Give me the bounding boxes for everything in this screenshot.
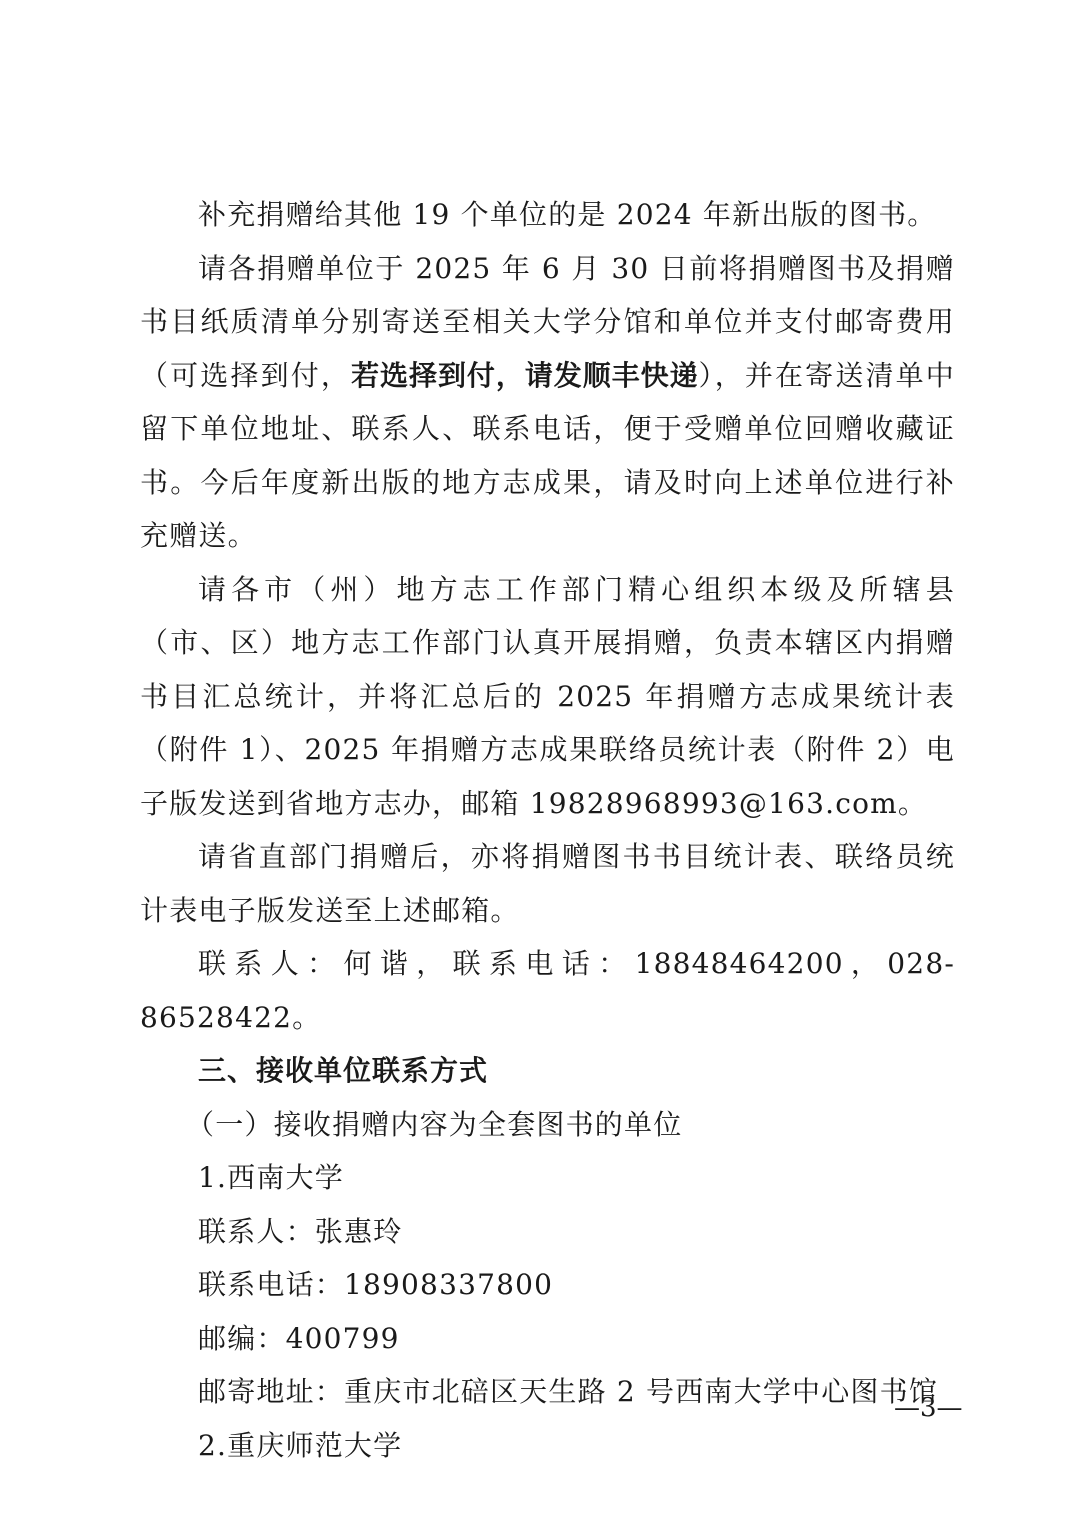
unit-title: 1.西南大学 xyxy=(140,1151,955,1205)
unit-entry-chongqing-normal-university: 2.重庆师范大学 xyxy=(140,1419,955,1473)
unit-title: 2.重庆师范大学 xyxy=(140,1419,955,1473)
paragraph-mailing-deadline: 请各捐赠单位于 2025 年 6 月 30 日前将捐赠图书及捐赠书目纸质清单分别… xyxy=(140,242,955,563)
unit-contact: 联系人：张惠玲 xyxy=(140,1205,955,1259)
subsection-heading: （一）接收捐赠内容为全套图书的单位 xyxy=(140,1098,955,1152)
page-number: —3— xyxy=(894,1393,963,1423)
paragraph-supplementary-donation: 补充捐赠给其他 19 个单位的是 2024 年新出版的图书。 xyxy=(140,188,955,242)
unit-entry-southwest-university: 1.西南大学 联系人：张惠玲 联系电话：18908337800 邮编：40079… xyxy=(140,1151,955,1419)
paragraph-contact: 联系人：何谐，联系电话：18848464200，028-86528422。 xyxy=(140,937,955,1044)
emphasis-sf-express: 若选择到付，请发顺丰快递 xyxy=(351,359,698,392)
section-heading: 三、接收单位联系方式 xyxy=(140,1044,955,1098)
paragraph-provincial-departments: 请省直部门捐赠后，亦将捐赠图书书目统计表、联络员统计表电子版发送至上述邮箱。 xyxy=(140,830,955,937)
paragraph-city-departments: 请各市（州）地方志工作部门精心组织本级及所辖县（市、区）地方志工作部门认真开展捐… xyxy=(140,563,955,831)
unit-postcode: 邮编：400799 xyxy=(140,1312,955,1366)
unit-phone: 联系电话：18908337800 xyxy=(140,1258,955,1312)
document-page: 补充捐赠给其他 19 个单位的是 2024 年新出版的图书。 请各捐赠单位于 2… xyxy=(140,188,955,1472)
unit-address: 邮寄地址：重庆市北碚区天生路 2 号西南大学中心图书馆 xyxy=(140,1365,955,1419)
